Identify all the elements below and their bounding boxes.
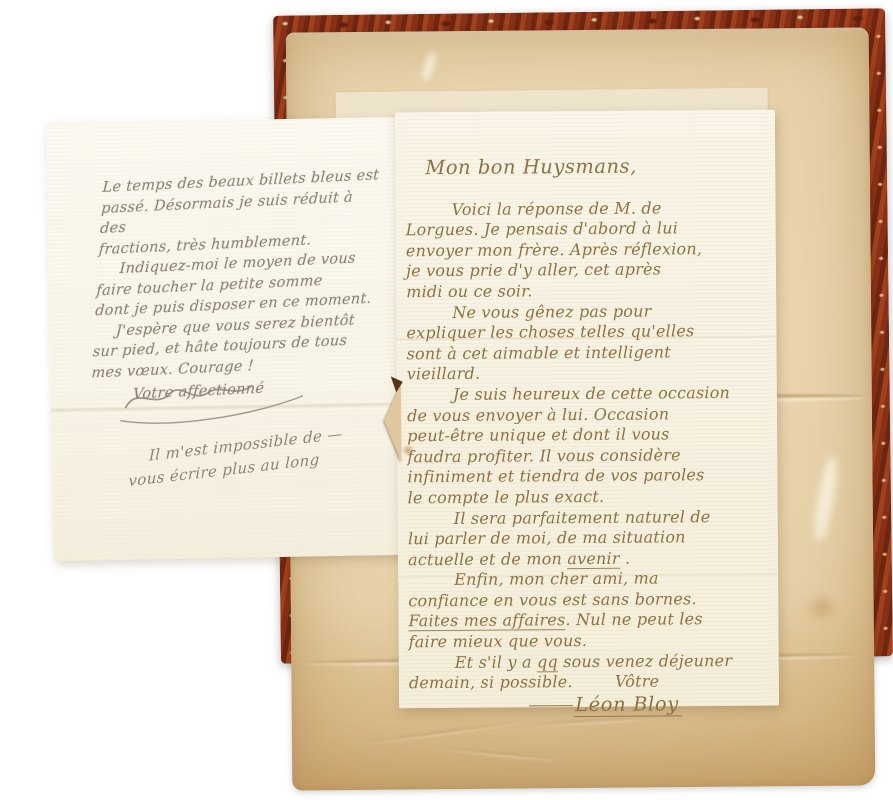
handwriting-line: envoyer mon frère. Après réflexion, [406,239,768,262]
handwriting-line: actuelle et de mon avenir . [408,547,770,570]
handwriting-line: Ne vous gênez pas pour [406,300,768,323]
right-letter-signature: Léon Bloy [573,692,682,717]
right-letter-body: Voici la réponse de M. deLorgues. Je pen… [406,197,771,694]
left-letter-text: Le temps des beaux billets bleus estpass… [91,165,383,383]
handwriting-line: expliquer les choses telles qu'elles [406,321,768,344]
right-letter-sheet: Mon bon Huysmans, Voici la réponse de M.… [395,110,779,709]
photo-background: Le temps des beaux billets bleus estpass… [0,0,893,800]
page-stain [799,588,845,628]
handwriting-line: le compte le plus exact. [408,486,770,509]
handwriting-line: Et s'il y a qq sous venez déjeuner [409,650,771,673]
left-letter-postscript: Il m'est impossible de —vous écrire plus… [148,422,343,491]
signature-underline-flourish [529,705,573,706]
left-letter-sheet: Le temps des beaux billets bleus estpass… [46,117,406,561]
handwriting-line: sont à cet aimable et intelligent [407,341,769,364]
right-letter-signature-row: Léon Bloy [409,694,771,717]
handwriting-line: Je suis heureux de cette occasion [407,383,769,406]
handwriting-line: midi ou ce soir. [406,280,768,303]
handwriting-line: faire mieux que vous. [409,630,771,653]
handwriting-line: faudra profiter. Il vous considère [407,444,769,467]
handwriting-line: Lorgues. Je pensais d'abord à lui [406,218,768,241]
handwriting-line: vieillard. [407,362,769,385]
handwriting-line: je vous prie d'y aller, cet après [406,259,768,282]
handwriting-line: confiance en vous est sans bornes. [408,589,770,612]
handwriting-line: infiniment et tiendra de vos paroles [407,465,769,488]
handwriting-line: lui parler de moi, de ma situation [408,527,770,550]
page-scuff [811,455,841,542]
page-scuff [420,50,439,82]
handwriting-line: Il sera parfaitement naturel de [408,506,770,529]
handwriting-line: Voici la réponse de M. de [406,197,768,220]
handwriting-line: de vous envoyer à lui. Occasion [407,403,769,426]
right-letter-text: Mon bon Huysmans, Voici la réponse de M.… [405,156,771,717]
handwriting-line: Faites mes affaires. Nul ne peut les [408,609,770,632]
handwriting-line: demain, si possible. Vôtre [409,671,771,694]
handwriting-line: Enfin, mon cher ami, ma [408,568,770,591]
right-letter-salutation: Mon bon Huysmans, [405,156,767,179]
handwriting-line: peut-être unique et dont il vous [407,424,769,447]
